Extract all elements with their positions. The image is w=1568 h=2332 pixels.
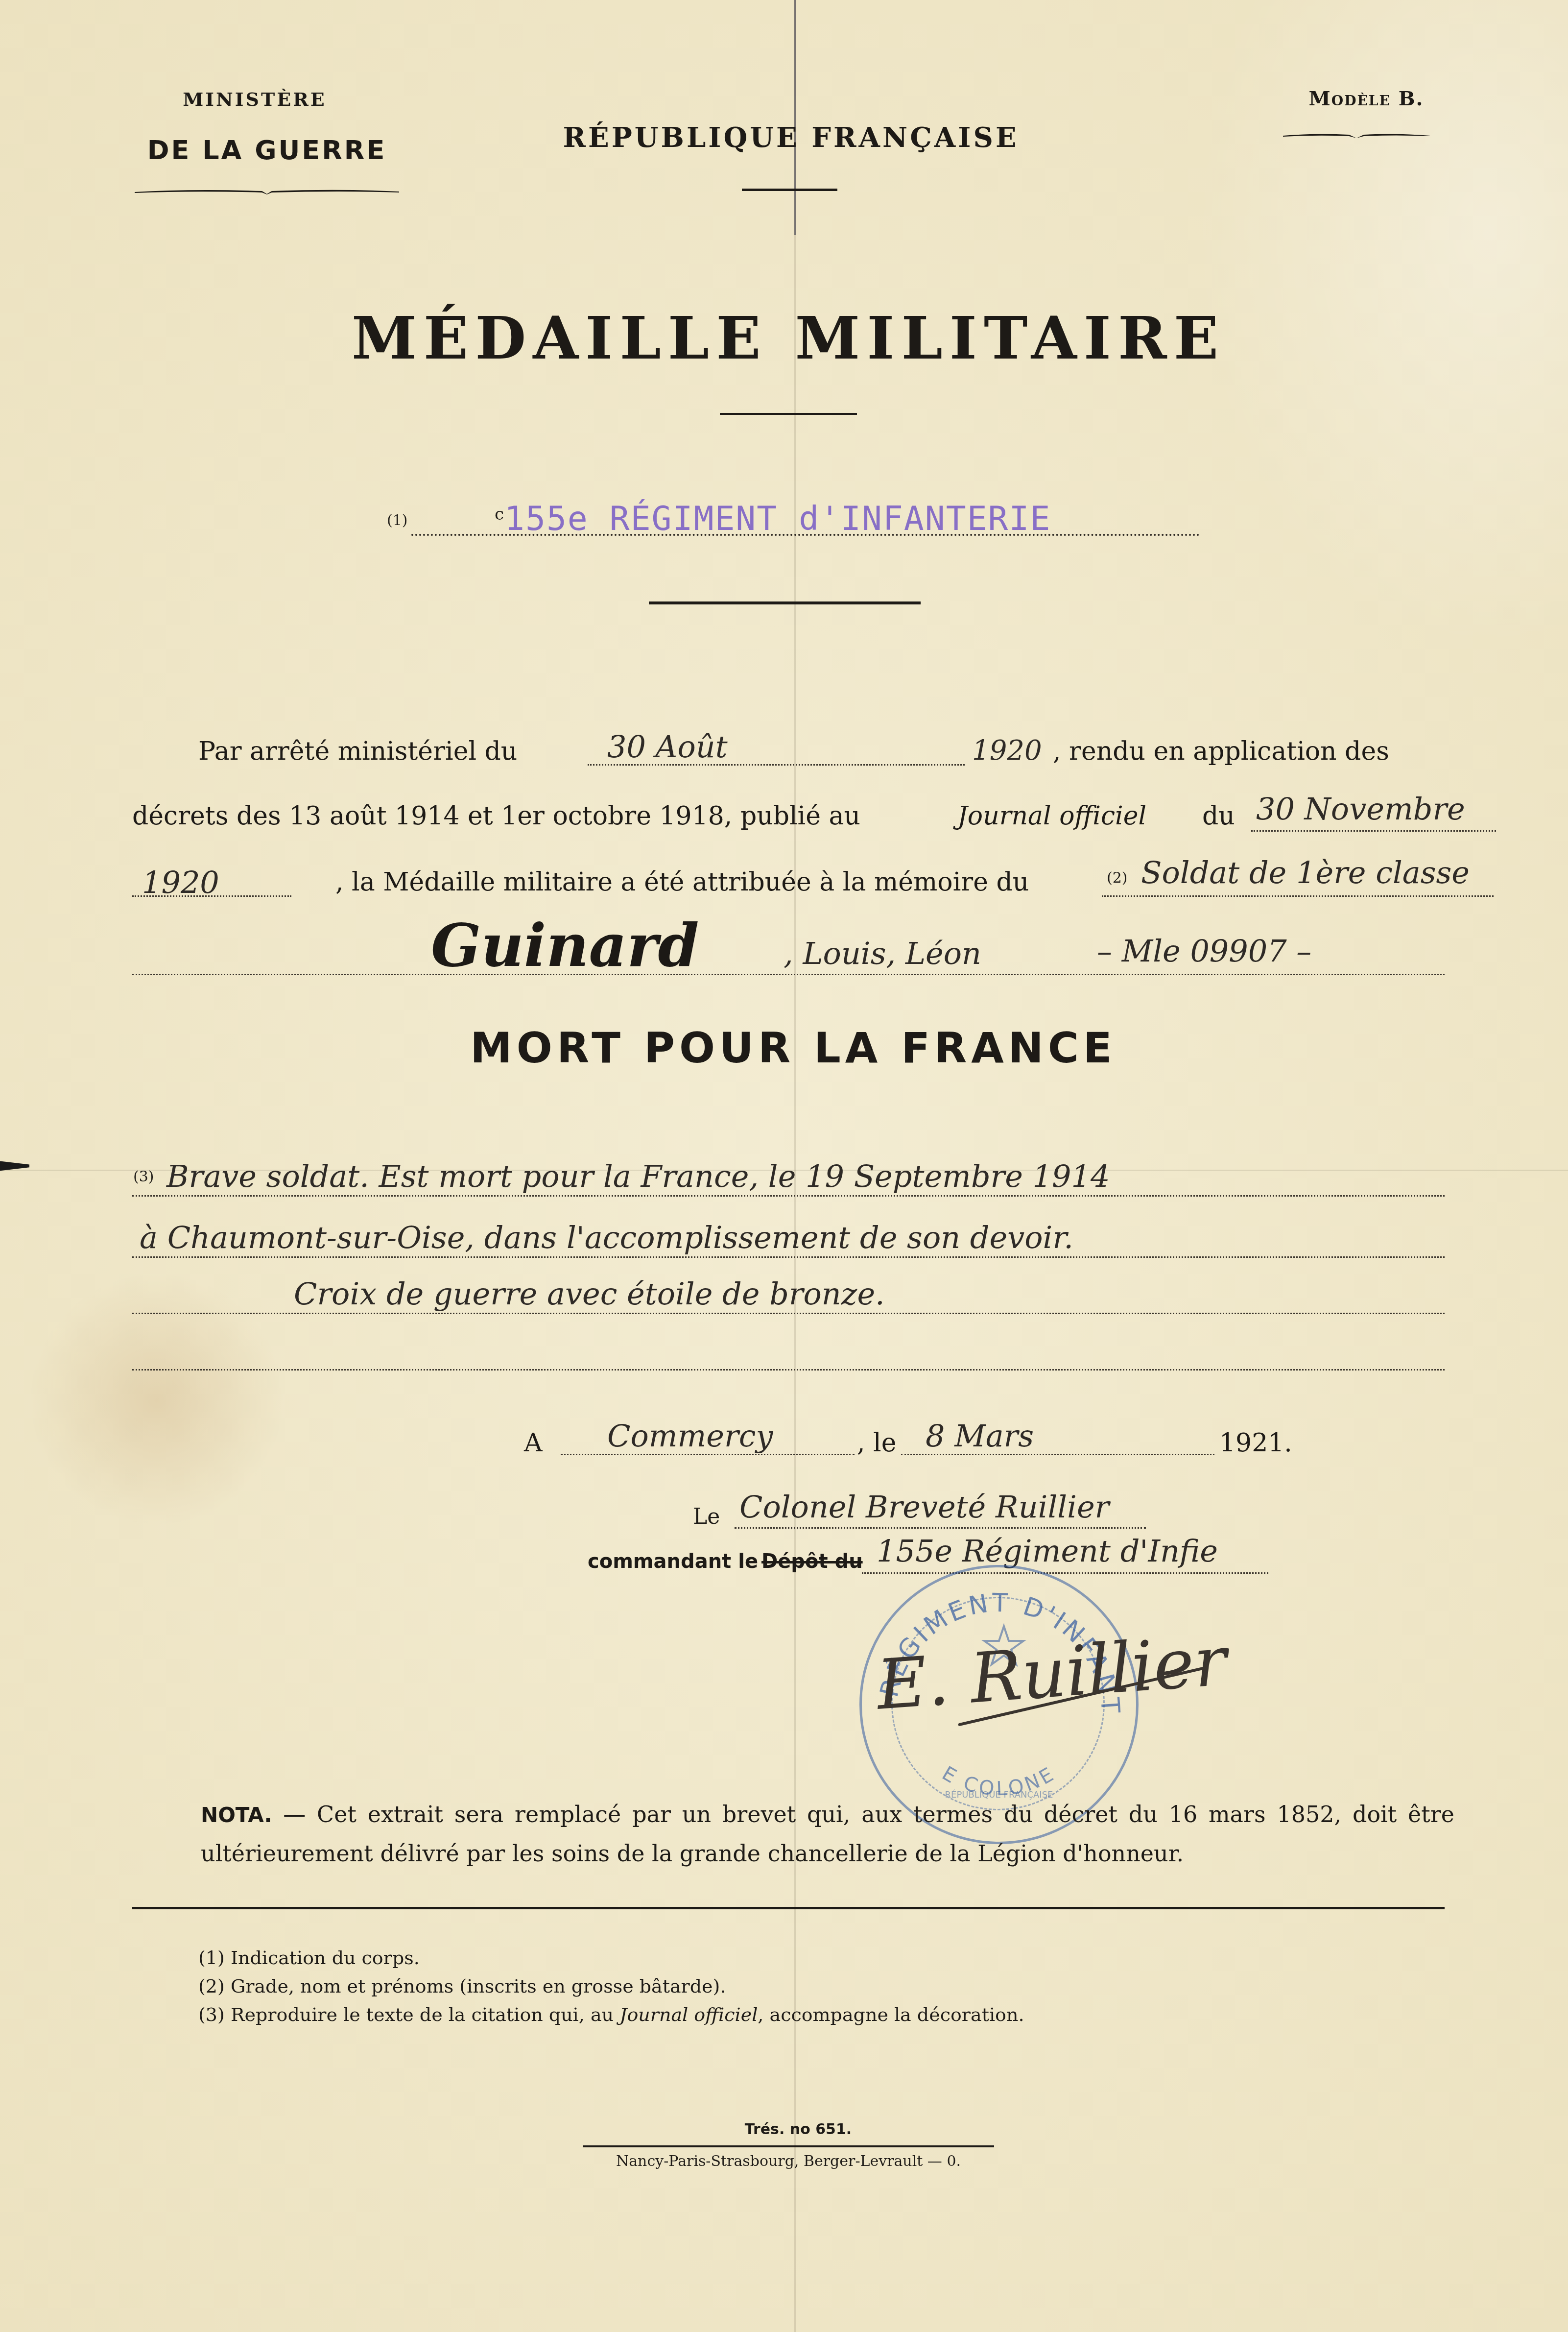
- citation-line-1: [132, 1195, 1445, 1197]
- journal-officiel: Journal officiel: [957, 803, 1146, 829]
- corps-prefix: c: [495, 505, 504, 524]
- footnote-3-text: Reproduire le texte de la citation qui, …: [231, 2004, 614, 2025]
- republic-rule: [742, 189, 837, 191]
- firstnames-handwritten: , Louis, Léon: [784, 936, 981, 971]
- grade-handwritten: Soldat de 1ère classe: [1141, 855, 1470, 890]
- footnote-3-tail: , accompagne la décoration.: [758, 2004, 1024, 2025]
- republic-heading: RÉPUBLIQUE FRANÇAISE: [531, 121, 1050, 154]
- vertical-tear: [794, 0, 796, 235]
- body-line1-suffix: , rendu en application des: [1053, 739, 1389, 764]
- officer-line: [735, 1527, 1146, 1529]
- nota-label: NOTA.: [201, 1803, 272, 1827]
- regiment-stamp: 155e RÉGIMENT d'INFANTERIE: [504, 500, 1051, 538]
- citation-line-4: [132, 1369, 1445, 1370]
- footnote-3-italic: Journal officiel: [619, 2004, 758, 2025]
- citation-text-2: à Chaumont-sur-Oise, dans l'accomplissem…: [140, 1220, 1073, 1255]
- treasury-number: Trés. no 651.: [735, 2121, 862, 2138]
- footnote-mark-3: (3): [133, 1168, 154, 1185]
- decree-year-handwritten: 1920: [972, 735, 1042, 767]
- matricule-handwritten: – Mle 09907 –: [1097, 933, 1311, 969]
- footnote-2-mark: (2): [198, 1975, 225, 1997]
- model-ornament: [1283, 132, 1430, 138]
- command-prefix: commandant le: [588, 1550, 758, 1573]
- footer-rule: [132, 1907, 1445, 1909]
- command-handwritten: 155e Régiment d'Infie: [877, 1533, 1218, 1569]
- body-line2-prefix: décrets des 13 août 1914 et 1er octobre …: [132, 803, 860, 829]
- citation-text-1: Brave soldat. Est mort pour la France, l…: [166, 1158, 1110, 1194]
- footnote-mark-2: (2): [1107, 869, 1128, 887]
- ministry-line-1: MINISTÈRE: [176, 88, 333, 110]
- sign-date-handwritten: 8 Mars: [926, 1418, 1034, 1454]
- nota-paragraph: NOTA. — Cet extrait sera remplacé par un…: [201, 1795, 1454, 1873]
- citation-line-3: [132, 1313, 1445, 1314]
- sign-date-line: [901, 1454, 1214, 1455]
- printer-rule: [583, 2145, 994, 2147]
- mort-pour-la-france: MORT POUR LA FRANCE: [414, 1024, 1173, 1073]
- grade-line: [1102, 895, 1494, 897]
- body-line1-prefix: Par arrêté ministériel du: [198, 739, 517, 764]
- date-prefix: , le: [857, 1430, 896, 1456]
- decree-date-handwritten: 30 Août: [607, 729, 728, 765]
- body-line3-text: , la Médaille militaire a été attribuée …: [335, 869, 1029, 895]
- nota-text: — Cet extrait sera remplacé par un breve…: [201, 1801, 1454, 1867]
- ministry-line-2: DE LA GUERRE: [140, 135, 394, 166]
- model-label: Modèle B.: [1293, 87, 1440, 110]
- body-line2-du: du: [1202, 803, 1235, 829]
- corps-ornament-rule: [649, 601, 921, 604]
- place-prefix: A: [524, 1430, 543, 1456]
- publication-year-handwritten: 1920: [142, 865, 219, 900]
- officer-prefix: Le: [693, 1506, 720, 1528]
- title-rule: [720, 413, 857, 415]
- place-handwritten: Commercy: [607, 1418, 773, 1454]
- footnote-3: (3) Reproduire le texte de la citation q…: [198, 2004, 1024, 2025]
- corps-dotted-line: [411, 534, 1200, 537]
- sign-year: 1921.: [1219, 1430, 1292, 1456]
- publication-date-handwritten: 30 Novembre: [1256, 791, 1465, 827]
- citation-line-2: [132, 1256, 1445, 1258]
- citation-text-3: Croix de guerre avec étoile de bronze.: [294, 1276, 885, 1312]
- publication-date-line: [1251, 830, 1496, 832]
- footnote-2: (2) Grade, nom et prénoms (inscrits en g…: [198, 1975, 726, 1997]
- document-title: MÉDAILLE MILITAIRE: [264, 304, 1312, 373]
- officer-handwritten: Colonel Breveté Ruillier: [739, 1489, 1109, 1525]
- surname-handwritten: Guinard: [431, 911, 699, 980]
- name-line: [132, 974, 1445, 975]
- place-line: [561, 1454, 855, 1455]
- footnote-mark-1: (1): [387, 512, 408, 529]
- footnote-3-mark: (3): [198, 2004, 225, 2025]
- footnote-1-text: Indication du corps.: [231, 1947, 420, 1969]
- command-struck-text: Dépôt du: [761, 1550, 863, 1573]
- footnote-1: (1) Indication du corps.: [198, 1947, 420, 1969]
- footnote-2-text: Grade, nom et prénoms (inscrits en gross…: [231, 1975, 726, 1997]
- footnote-1-mark: (1): [198, 1947, 225, 1969]
- printer-imprint: Nancy-Paris-Strasbourg, Berger-Levrault …: [583, 2153, 994, 2170]
- ministry-ornament: [135, 189, 399, 194]
